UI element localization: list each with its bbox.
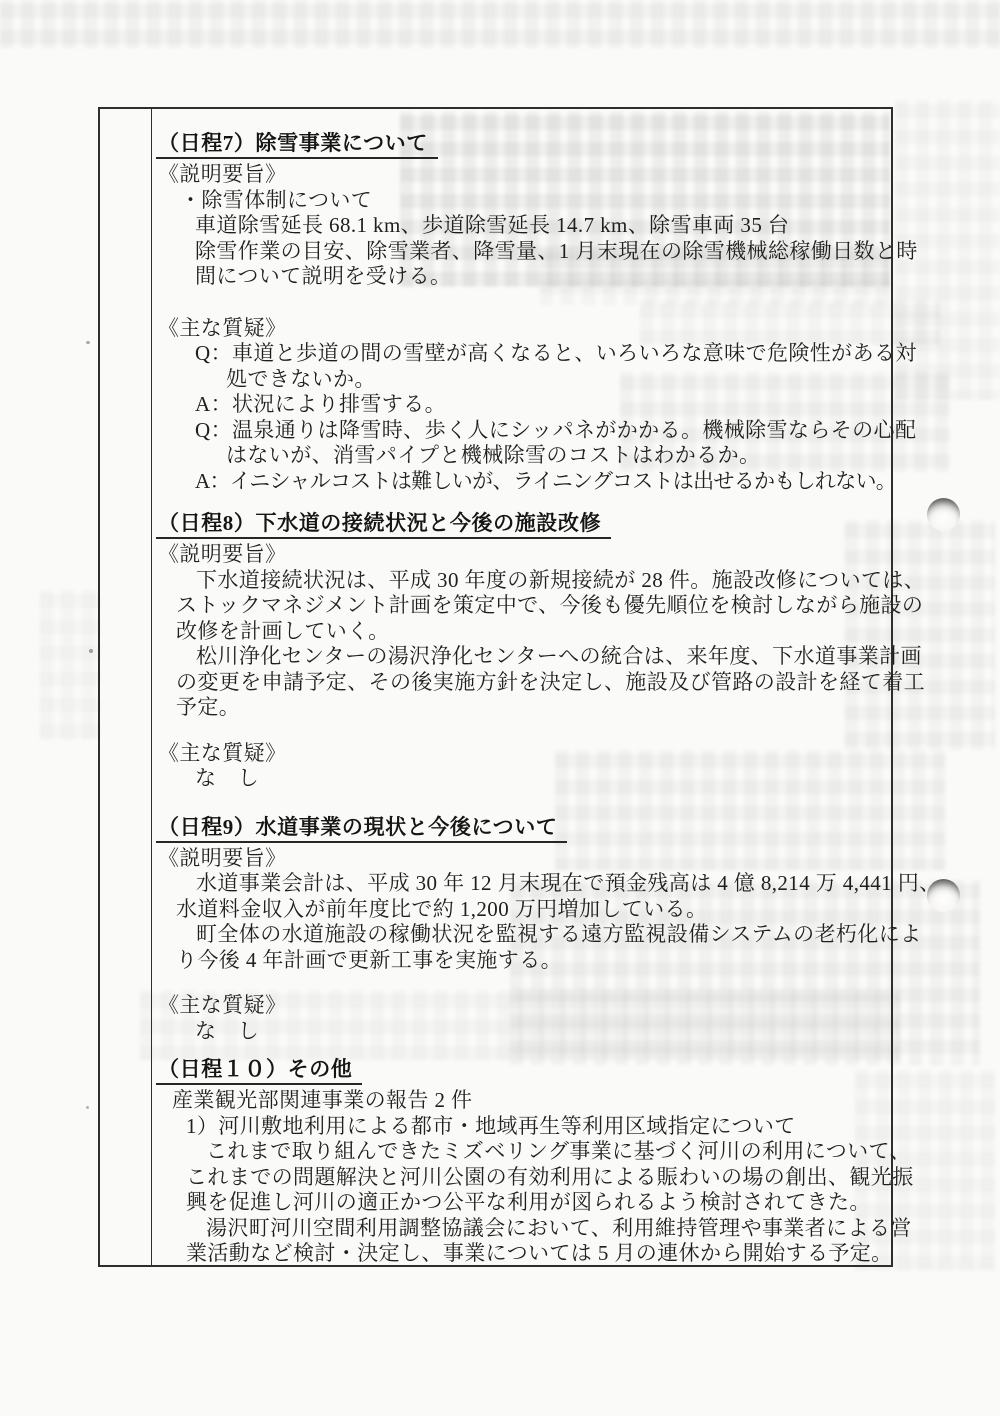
summary-line: 松川浄化センターの湯沢浄化センターへの統合は、来年度、下水道事業計画	[196, 644, 941, 670]
qa-label: 《主な質疑》	[158, 993, 941, 1019]
ink-speck	[89, 649, 93, 653]
punch-hole	[927, 879, 960, 912]
summary-line: の変更を申請予定、その後実施方針を決定し、施設及び管路の設計を経て着工	[176, 670, 941, 696]
section-nitei-8: （日程8）下水道の接続状況と今後の施設改修 《説明要旨》 下水道接続状況は、平成…	[158, 510, 941, 792]
section-heading: （日程8）下水道の接続状況と今後の施設改修	[158, 510, 941, 536]
qa-line: な し	[195, 1019, 941, 1045]
summary-label: 《説明要旨》	[158, 542, 941, 568]
qa-line: はないが、消雪パイプと機械除雪のコストはわかるか。	[226, 443, 941, 469]
section-heading-text: （日程9）水道事業の現状と今後について	[156, 815, 567, 843]
section-heading: （日程１０）その他	[158, 1056, 941, 1082]
qa-label: 《主な質疑》	[158, 316, 941, 342]
summary-line: 車道除雪延長 68.1 km、歩道除雪延長 14.7 km、除雪車両 35 台	[195, 213, 941, 239]
report-frame: （日程7）除雪事業について 《説明要旨》 ・除雪体制について 車道除雪延長 68…	[98, 107, 893, 1267]
section-heading-text: （日程8）下水道の接続状況と今後の施設改修	[156, 511, 611, 539]
summary-label: 《説明要旨》	[158, 162, 941, 188]
summary-line: 改修を計画していく。	[176, 619, 941, 645]
summary-label: 《説明要旨》	[158, 846, 941, 872]
section-heading-text: （日程１０）その他	[156, 1057, 362, 1085]
ink-speck	[86, 1106, 89, 1109]
punch-hole	[927, 498, 960, 531]
content-column: （日程7）除雪事業について 《説明要旨》 ・除雪体制について 車道除雪延長 68…	[152, 109, 947, 1265]
report-line: これまで取り組んできたミズベリング事業に基づく河川の利用について、	[206, 1139, 941, 1165]
section-nitei-7: （日程7）除雪事業について 《説明要旨》 ・除雪体制について 車道除雪延長 68…	[158, 130, 941, 494]
section-nitei-9: （日程9）水道事業の現状と今後について 《説明要旨》 水道事業会計は、平成 30…	[158, 814, 941, 1045]
summary-line: 予定。	[176, 695, 941, 721]
section-heading-text: （日程7）除雪事業について	[156, 131, 438, 159]
section-heading: （日程9）水道事業の現状と今後について	[158, 814, 941, 840]
ink-speck	[86, 341, 90, 344]
qa-line: A：イニシャルコストは難しいが、ライニングコストは出せるかもしれない。	[195, 469, 941, 495]
summary-line: ストックマネジメント計画を策定中で、今後も優先順位を検討しながら施設の	[176, 593, 941, 619]
summary-line: 下水道接続状況は、平成 30 年度の新規接続が 28 件。施設改修については、	[196, 568, 941, 594]
report-intro-line: 産業観光部関連事業の報告 2 件	[172, 1088, 941, 1114]
summary-line: り今後 4 年計画で更新工事を実施する。	[176, 948, 941, 974]
report-line: 業活動など検討・決定し、事業については 5 月の連休から開始する予定。	[186, 1241, 941, 1267]
qa-line: Q：温泉通りは降雪時、歩く人にシッパネがかかる。機械除雪ならその心配	[195, 418, 941, 444]
qa-line: Q：車道と歩道の間の雪壁が高くなると、いろいろな意味で危険性がある対	[195, 341, 941, 367]
answer-column	[100, 109, 152, 1265]
summary-line: ・除雪体制について	[180, 188, 941, 214]
summary-line: 除雪作業の目安、除雪業者、降雪量、1 月末現在の除雪機械総稼働日数と時	[195, 239, 941, 265]
summary-line: 水道事業会計は、平成 30 年 12 月末現在で預金残高は 4 億 8,214 …	[196, 871, 941, 897]
summary-line: 町全体の水道施設の稼働状況を監視する遠方監視設備システムの老朽化によ	[196, 922, 941, 948]
report-item-title: 1）河川敷地利用による都市・地域再生等利用区域指定について	[186, 1114, 941, 1140]
qa-line: A：状況により排雪する。	[195, 392, 941, 418]
report-line: これまでの問題解決と河川公園の有効利用による賑わいの場の創出、観光振	[186, 1165, 941, 1191]
qa-line: な し	[195, 766, 941, 792]
summary-line: 間について説明を受ける。	[195, 264, 941, 290]
section-heading: （日程7）除雪事業について	[158, 130, 941, 156]
report-line: 興を促進し河川の適正かつ公平な利用が図られるよう検討されてきた。	[186, 1190, 941, 1216]
section-nitei-10: （日程１０）その他 産業観光部関連事業の報告 2 件 1）河川敷地利用による都市…	[158, 1056, 941, 1267]
summary-line: 水道料金収入が前年度比で約 1,200 万円増加している。	[176, 897, 941, 923]
qa-line: 処できないか。	[226, 367, 941, 393]
scan-artifact	[40, 590, 100, 740]
qa-label: 《主な質疑》	[158, 741, 941, 767]
scan-artifact	[0, 0, 1000, 48]
scanned-page: （日程7）除雪事業について 《説明要旨》 ・除雪体制について 車道除雪延長 68…	[0, 0, 1000, 1416]
report-line: 湯沢町河川空間利用調整協議会において、利用維持管理や事業者による営	[206, 1216, 941, 1242]
